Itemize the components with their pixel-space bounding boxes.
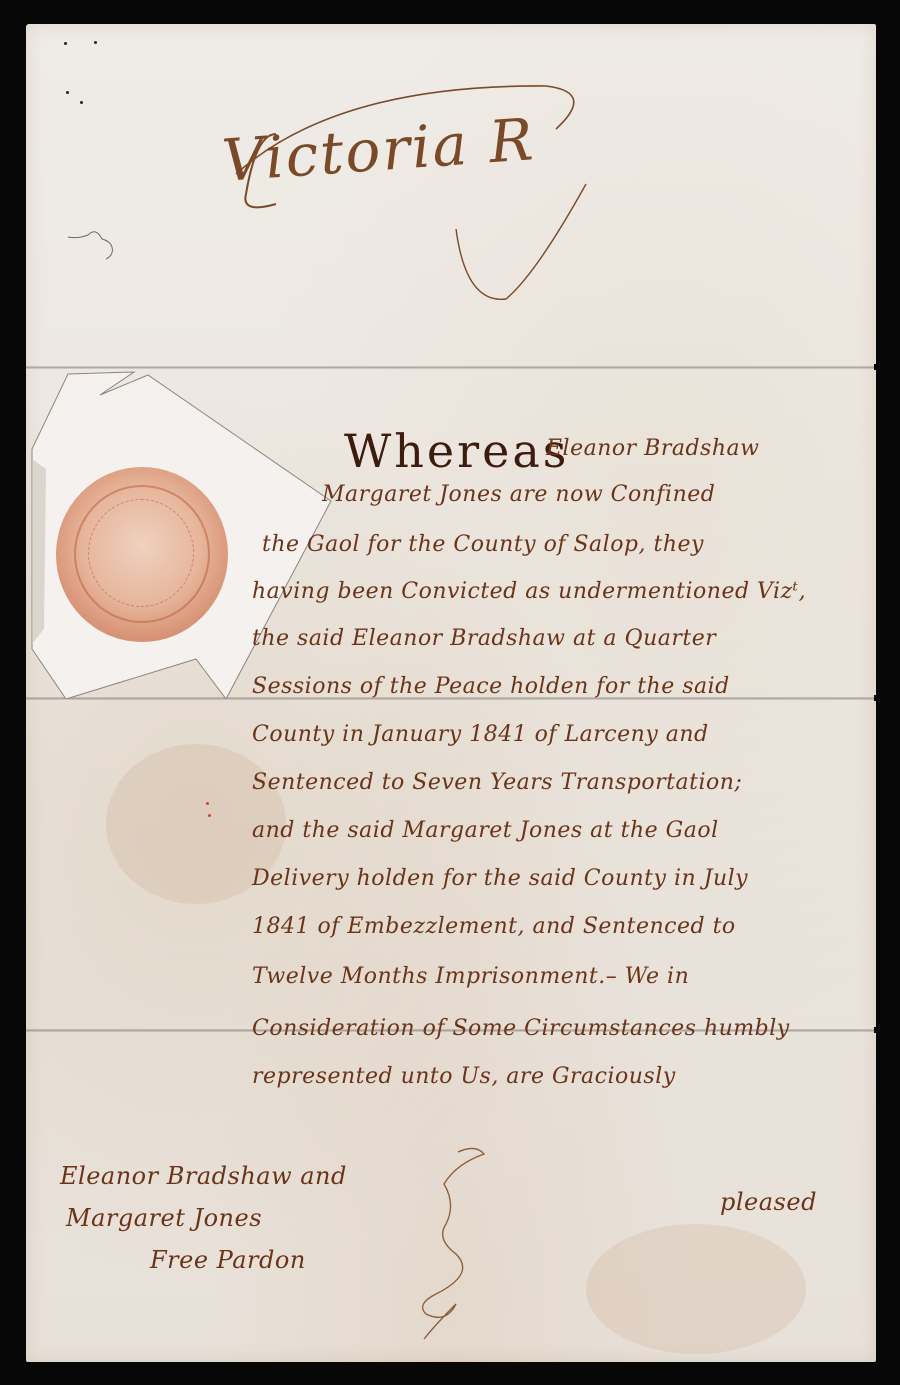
body-line: represented unto Us, are Graciously [252,1064,676,1089]
brace-flourish-icon [396,1144,506,1344]
pin-hole [80,101,83,104]
body-line: and the said Margaret Jones at the Gaol [252,818,719,843]
body-line: Consideration of Some Circumstances humb… [252,1016,790,1041]
pencil-mark-icon [66,229,136,269]
body-line: 1841 of Embezzlement, and Sentenced to [252,914,736,939]
red-mark [208,814,211,817]
body-line: the Gaol for the County of Salop, they [262,532,704,557]
body-line: Sessions of the Peace holden for the sai… [252,674,730,699]
body-line: Delivery holden for the said County in J… [252,866,748,891]
closing-word: pleased [720,1188,817,1216]
body-line: Twelve Months Imprisonment.– We in [252,964,689,989]
body-line: Sentenced to Seven Years Transportation; [252,770,742,795]
document-page: Victoria R Whereas Eleanor Bradshaw Marg… [26,24,876,1362]
paper-stain [586,1224,806,1354]
pin-hole [64,42,67,45]
body-line: County in January 1841 of Larceny and [252,722,709,747]
edge-notch [874,1027,882,1033]
body-line: Margaret Jones are now Confined [322,482,715,507]
body-line: having been Convicted as undermentioned … [252,579,806,604]
opening-word: Whereas [344,424,569,478]
pin-hole [94,41,97,44]
margin-note-line: Eleanor Bradshaw and [60,1162,347,1190]
body-line: the said Eleanor Bradshaw at a Quarter [252,626,716,651]
edge-notch [874,695,882,701]
margin-note-line: Free Pardon [150,1246,306,1274]
edge-notch [874,364,882,370]
body-line: Eleanor Bradshaw [546,436,759,461]
wax-seal-icon [56,467,228,642]
red-mark [206,802,209,805]
signature-flourish-icon [216,74,636,314]
seal-ring-inner [88,499,194,607]
margin-note-line: Margaret Jones [66,1204,262,1232]
pin-hole [66,91,69,94]
